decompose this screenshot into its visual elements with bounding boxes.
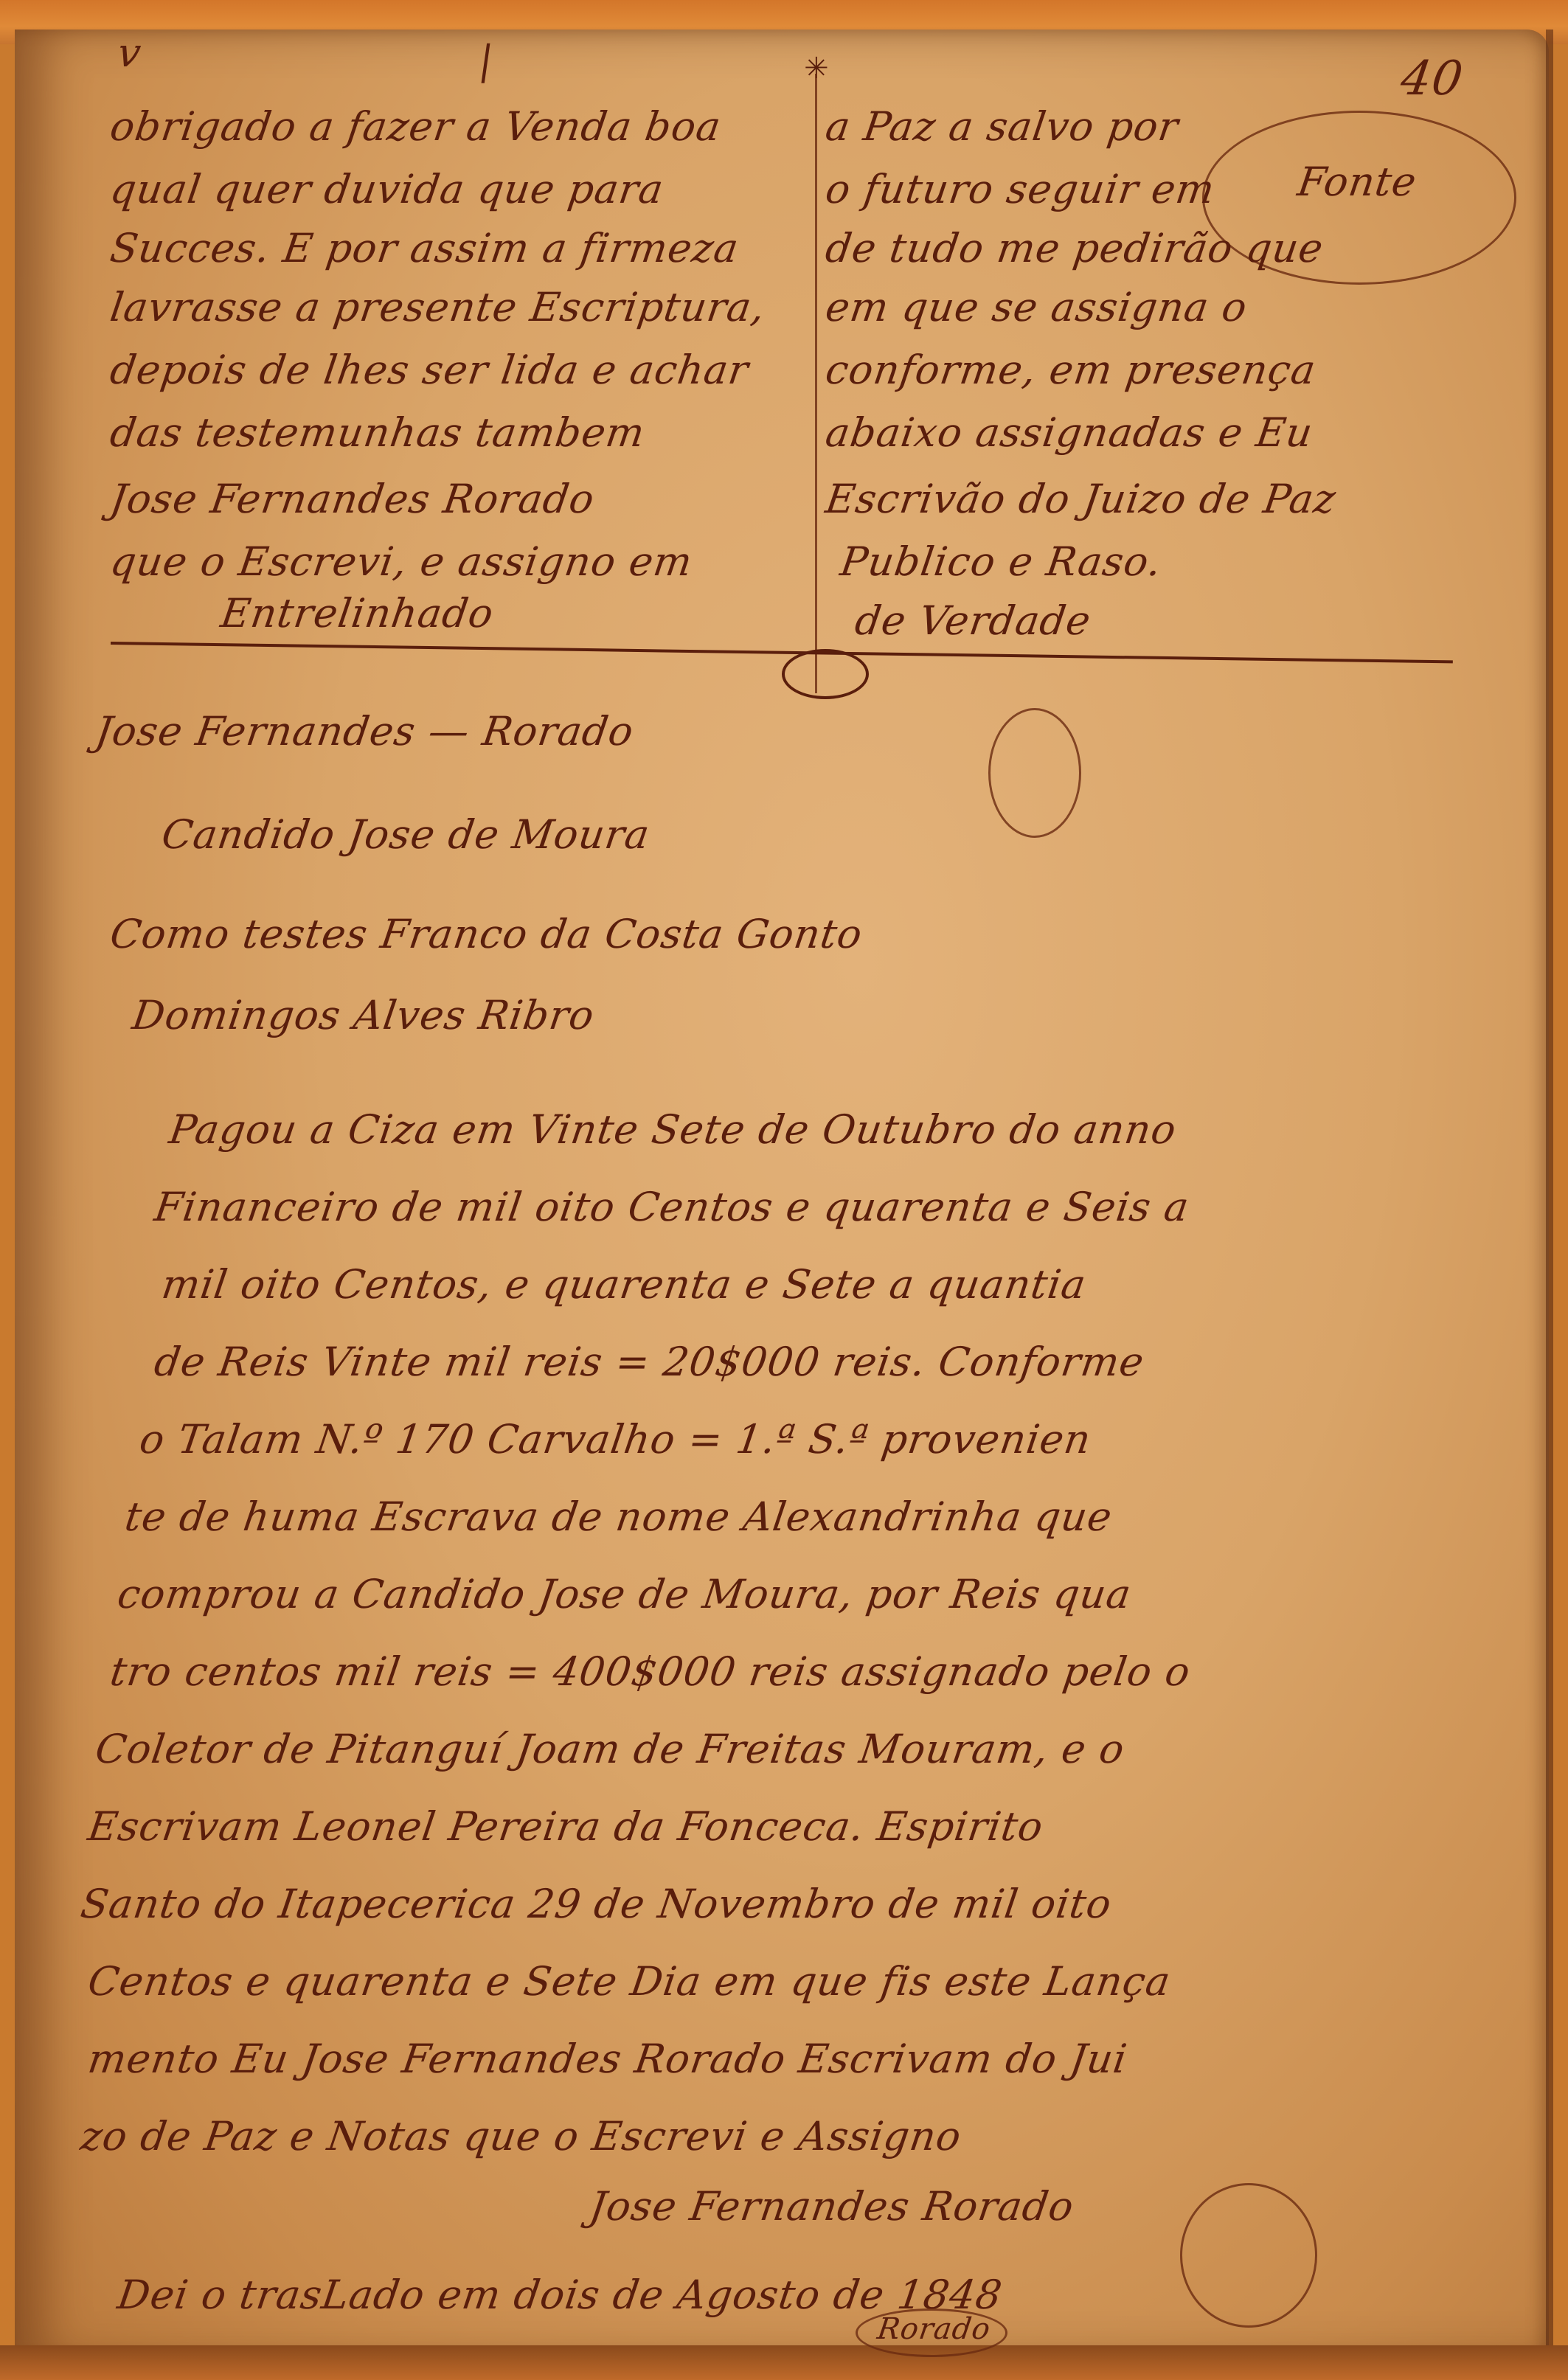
margin-signature: Fonte [1295,159,1420,205]
signature-buyer: Candido Jose de Moura [159,811,653,858]
rubric-flourish [988,708,1081,838]
top-left-line-9: Entrelinhado [218,590,497,636]
top-left-line-2: qual quer duvida que para [108,166,667,212]
top-right-line-1: a Paz a salvo por [823,103,1182,150]
body-line-8: tro centos mil reis = 400$000 reis assig… [108,1648,1194,1695]
top-left-line-5: depois de lhes ser lida e achar [108,347,752,393]
top-right-line-5: conforme, em presença [823,347,1319,393]
top-right-line-3: de tudo me pedirão que [823,225,1327,271]
signature-witness-1: Como testes Franco da Costa Gonto [108,911,866,957]
top-left-line-3: Succes. E por assim a firmeza [108,225,742,271]
closing-signature: Jose Fernandes Rorado [587,2183,1078,2230]
rule-knot-flourish [782,649,869,699]
signature-witness-2: Domingos Alves Ribro [130,992,597,1038]
top-left-line-1: obrigado a fazer a Venda boa [108,103,724,150]
body-line-7: comprou a Candido Jose de Moura, por Rei… [115,1571,1134,1617]
footer-note: Dei o trasLado em dois de Agosto de 1848 [115,2272,1005,2318]
page-right-edge [1546,30,1553,2360]
closing-rubric-flourish [1180,2183,1317,2328]
signature-scrivener: Jose Fernandes — Rorado [93,708,637,754]
top-right-line-9: de Verdade [853,597,1095,644]
top-right-line-4: em que se assigna o [823,284,1251,330]
body-line-6: te de huma Escrava de nome Alexandrinha … [122,1493,1116,1540]
top-left-line-8: que o Escrevi, e assigno em [108,538,695,585]
body-line-13: mento Eu Jose Fernandes Rorado Escrivam … [86,2036,1131,2082]
top-right-line-2: o futuro seguir em [823,166,1218,212]
top-right-line-6: abaixo assignadas e Eu [823,409,1317,456]
footer-signature: Rorado [875,2312,993,2346]
body-line-11: Santo do Itapecerica 29 de Novembro de m… [78,1881,1115,1927]
top-right-line-8: Publico e Raso. [838,538,1165,585]
top-left-line-6: das testemunhas tambem [108,409,648,456]
body-line-4: de Reis Vinte mil reis = 20$000 reis. Co… [152,1339,1148,1385]
folio-number: 40 [1398,52,1467,106]
body-line-1: Pagou a Ciza em Vinte Sete de Outubro do… [167,1106,1180,1153]
body-line-5: o Talam N.º 170 Carvalho = 1.ª S.ª prove… [137,1416,1095,1463]
book-bottom-edge [0,2345,1568,2380]
body-line-2: Financeiro de mil oito Centos e quarenta… [152,1184,1193,1230]
top-left-line-4: lavrasse a presente Escriptura, [108,284,769,330]
body-line-10: Escrivam Leonel Pereira da Fonceca. Espi… [86,1803,1047,1850]
body-line-3: mil oito Centos, e quarenta e Sete a qua… [159,1261,1089,1308]
top-left-line-7: Jose Fernandes Rorado [108,476,598,522]
body-line-9: Coletor de Pitanguí Joam de Freitas Mour… [93,1726,1128,1772]
column-divider [815,74,817,693]
body-line-14: zo de Paz e Notas que o Escrevi e Assign… [78,2113,965,2159]
top-right-line-7: Escrivão do Juizo de Paz [823,476,1339,522]
body-line-12: Centos e quarenta e Sete Dia em que fis … [86,1958,1174,2005]
